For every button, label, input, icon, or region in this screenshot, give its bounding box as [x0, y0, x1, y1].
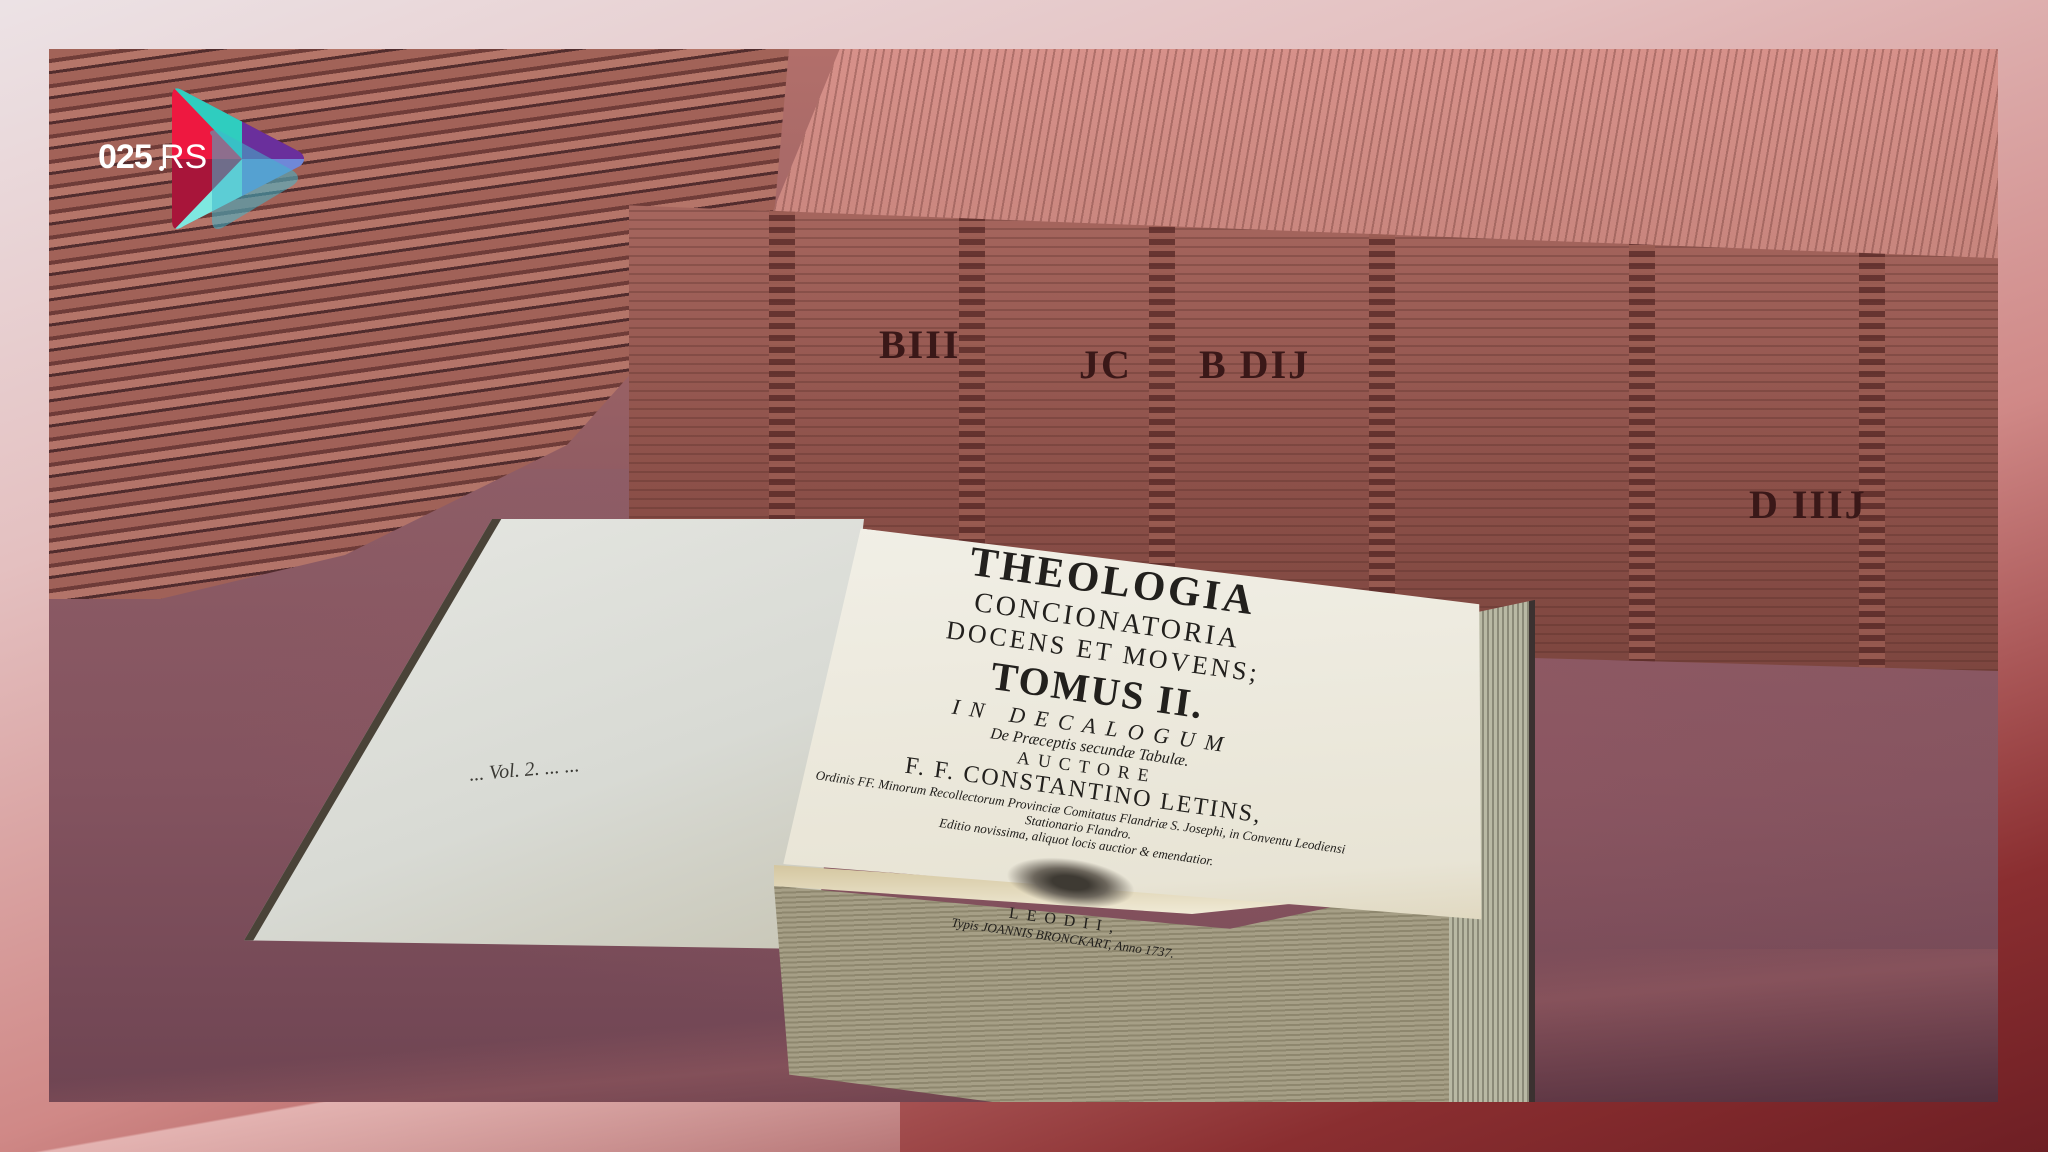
site-logo[interactable]: 025 RS — [98, 86, 308, 232]
spine-label: B DIJ — [1199, 341, 1310, 388]
spine-label: D IIIJ — [1749, 481, 1867, 528]
spine-label: BIII — [879, 321, 960, 368]
logo-number: 025 — [98, 138, 152, 177]
spine-label: JC — [1079, 341, 1132, 388]
photo-area: BIII JC B DIJ D IIIJ ... Vol. 2. ... ...… — [49, 49, 1998, 1102]
title-page-text: THEOLOGIA CONCIONATORIA DOCENS ET MOVENS… — [785, 519, 1394, 984]
logo-suffix: RS — [160, 138, 207, 177]
spine-band — [1859, 191, 1885, 671]
spine-band — [1629, 191, 1655, 671]
